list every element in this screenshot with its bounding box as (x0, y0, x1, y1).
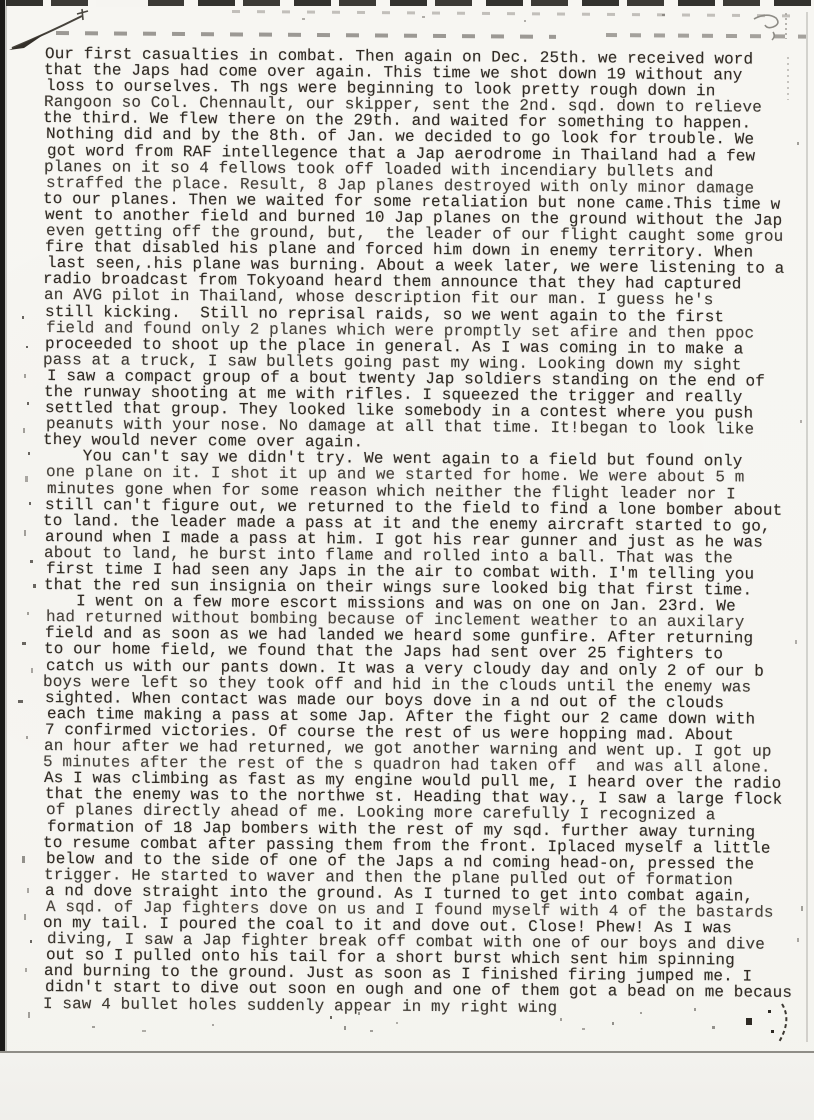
scan-speck (25, 476, 28, 482)
scan-speck (30, 560, 33, 563)
scan-speck (524, 20, 526, 22)
scan-speck (694, 1008, 696, 1011)
scan-speck (422, 16, 425, 18)
scan-left-edge-shadow (5, 0, 7, 1053)
scan-speck (800, 420, 802, 423)
scan-speck (24, 374, 26, 378)
scan-speck (662, 14, 665, 16)
scan-speck (797, 142, 799, 145)
scan-speck (712, 1026, 715, 1029)
scan-speck (142, 1030, 146, 1032)
scan-speck (31, 668, 33, 673)
scan-speck (396, 1022, 398, 1024)
scan-speck (795, 640, 797, 644)
scan-speck (560, 1018, 562, 1021)
scan-speck (26, 736, 28, 739)
scan-speck (24, 914, 26, 920)
scan-speck (344, 1026, 346, 1030)
scan-speck (28, 1012, 30, 1018)
scan-speck (612, 1022, 614, 1025)
scan-speck (18, 700, 23, 703)
scan-speck (33, 584, 36, 588)
scan-speck (640, 1012, 642, 1014)
scanner-background-area (0, 1053, 814, 1120)
scan-speck (27, 612, 29, 615)
scan-speck (302, 18, 305, 20)
scan-speck (22, 316, 24, 319)
scan-speck (26, 346, 28, 348)
scanned-page: Our first casualties in combat. Then aga… (0, 0, 814, 1120)
scan-speck (24, 530, 26, 536)
scan-speck (22, 856, 25, 863)
scan-speck (358, 1012, 360, 1015)
scan-speck (30, 940, 32, 943)
scan-speck (370, 1030, 373, 1032)
scan-speck (330, 1016, 332, 1019)
scan-speck (22, 642, 26, 645)
scan-speck (92, 1026, 95, 1028)
scan-speck (27, 402, 29, 405)
scan-speck (801, 906, 803, 911)
smudge-dash-row-top (232, 10, 798, 17)
typed-text-body: Our first casualties in combat. Then aga… (45, 46, 814, 1018)
scan-speck (582, 1028, 585, 1030)
scan-speck (212, 1024, 214, 1026)
scan-speck (797, 938, 799, 942)
scan-speck (23, 428, 25, 433)
scan-speck (27, 888, 29, 893)
paren-scribble-icon (738, 1000, 798, 1050)
scan-speck (25, 968, 27, 972)
scan-speck (29, 502, 31, 505)
scan-speck (28, 452, 30, 455)
